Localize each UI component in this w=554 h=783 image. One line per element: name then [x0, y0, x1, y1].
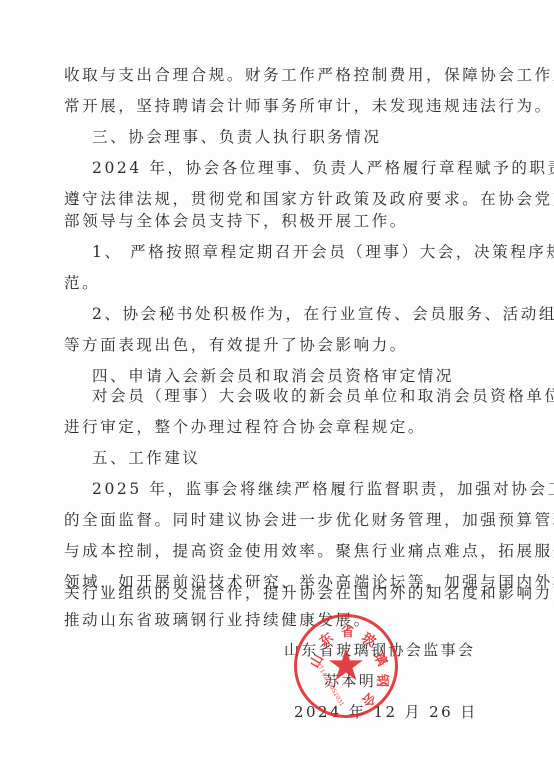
section-heading: 五、工作建议 — [92, 448, 201, 468]
text-line: 关行业组织的交流合作，提升协会在国内外的知名度和影响力， — [64, 583, 554, 603]
text-line: 部领导与全体会员支持下，积极开展工作。 — [64, 211, 408, 231]
text-line: 2025 年，监事会将继续严格履行监督职责，加强对协会工作 — [92, 479, 554, 499]
section-heading: 四、申请入会新会员和取消会员资格审定情况 — [92, 366, 454, 386]
document-page: 收取与支出合理合规。财务工作严格控制费用，保障协会工作正 常开展，坚持聘请会计师… — [0, 0, 554, 783]
text-line: 与成本控制，提高资金使用效率。聚焦行业痛点难点，拓展服务 — [64, 541, 554, 561]
text-line: 遵守法律法规，贯彻党和国家方针政策及政府要求。在协会党支 — [64, 189, 554, 209]
text-line: 常开展，坚持聘请会计师事务所审计，未发现违规违法行为。 — [64, 96, 553, 116]
text-line: 的全面监督。同时建议协会进一步优化财务管理，加强预算管理 — [64, 510, 554, 530]
section-heading: 三、协会理事、负责人执行职务情况 — [92, 127, 382, 147]
text-line: 收取与支出合理合规。财务工作严格控制费用，保障协会工作正 — [64, 65, 554, 85]
seal-char: 钢 — [374, 674, 393, 687]
text-line: 进行审定，整个办理过程符合协会章程规定。 — [64, 417, 426, 437]
text-line: 对会员（理事）大会吸收的新会员单位和取消会员资格单位 — [92, 386, 554, 406]
seal-char: 省 — [341, 621, 354, 640]
list-item: 1、 严格按照章程定期召开会员（理事）大会，决策程序规 — [92, 242, 554, 262]
text-line: 范。 — [64, 273, 100, 293]
seal-char: 璃 — [370, 648, 393, 669]
text-line: 等方面表现出色，有效提升了协会影响力。 — [64, 335, 408, 355]
official-seal: ★ 山 东 省 玻 璃 钢 会 3714220052031 — [294, 614, 398, 718]
list-item: 2、协会秘书处积极作为，在行业宣传、会员服务、活动组织 — [92, 304, 554, 324]
text-line: 2024 年，协会各位理事、负责人严格履行章程赋予的职责， — [92, 158, 554, 178]
